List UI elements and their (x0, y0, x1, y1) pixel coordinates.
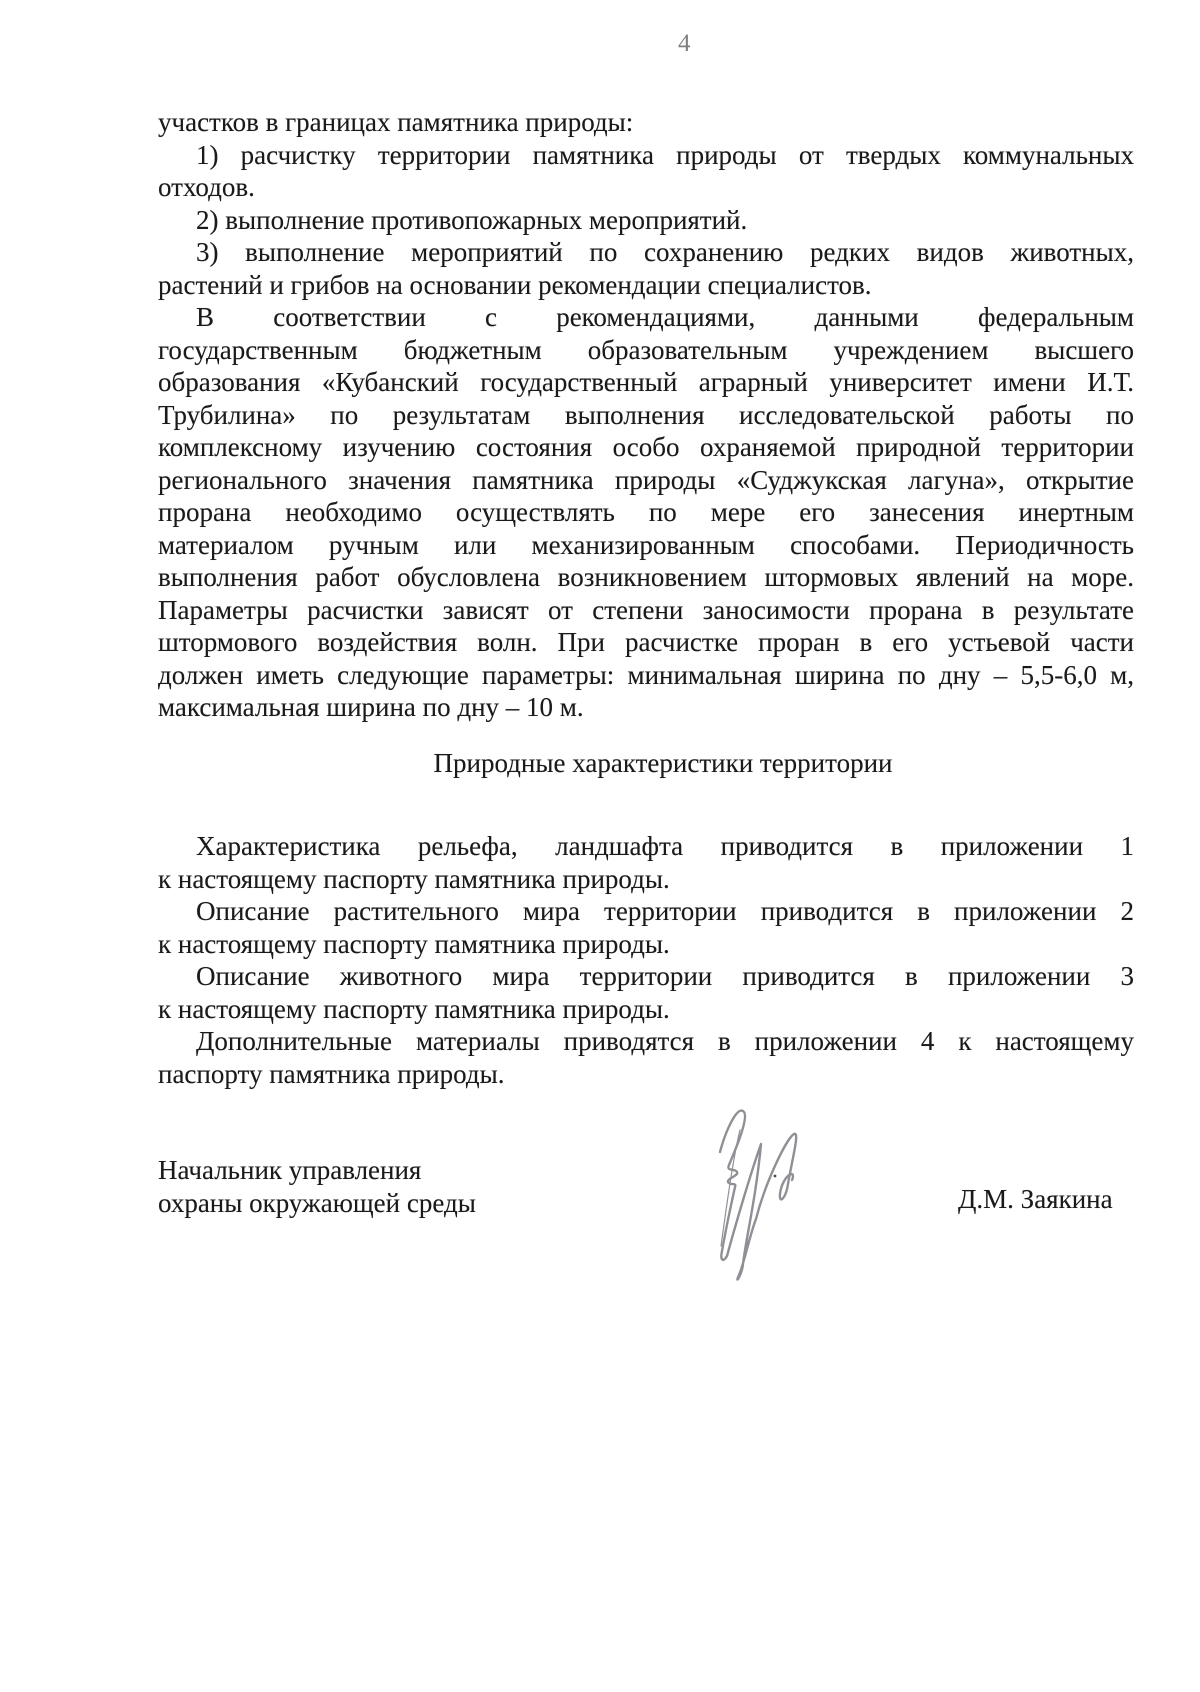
text-line: Описание животного мира территории приво… (158, 960, 1134, 993)
text-line: Описание растительного мира территории п… (158, 895, 1134, 928)
text-line: В соответствии с рекомендациями, данными… (158, 301, 1134, 334)
document-body: участков в границах памятника природы:1)… (158, 106, 1134, 1090)
section-heading: Природные характеристики территории (192, 747, 1134, 780)
text-line: должен иметь следующие параметры: минима… (158, 659, 1134, 692)
text-line: Дополнительные материалы приводятся в пр… (158, 1025, 1134, 1058)
text-line: максимальная ширина по дну – 10 м. (158, 691, 1134, 724)
text-line: 3) выполнение мероприятий по сохранению … (158, 236, 1134, 269)
paragraph: участков в границах памятника природы: (158, 106, 1134, 139)
paragraph: В соответствии с рекомендациями, данными… (158, 301, 1134, 724)
text-line: к настоящему паспорту памятника природы. (158, 863, 1134, 896)
paragraph: 1) расчистку территории памятника природ… (158, 139, 1134, 204)
text-line: 1) расчистку территории памятника природ… (158, 139, 1134, 172)
text-line: участков в границах памятника природы: (158, 106, 1134, 139)
text-line: комплексному изучению состояния особо ох… (158, 431, 1134, 464)
paragraph: 2) выполнение противопожарных мероприяти… (158, 204, 1134, 237)
text-line: штормового воздействия волн. При расчист… (158, 626, 1134, 659)
signatory-name: Д.М. Заякина (958, 1183, 1113, 1216)
text-line: паспорту памятника природы. (158, 1058, 1134, 1091)
scanned-document-page: 4 участков в границах памятника природы:… (0, 0, 1200, 1692)
text-line: регионального значения памятника природы… (158, 464, 1134, 497)
text-line: к настоящему паспорту памятника природы. (158, 993, 1134, 1026)
paragraph-block-appendices: Характеристика рельефа, ландшафта привод… (158, 830, 1134, 1090)
text-line: государственным бюджетным образовательны… (158, 334, 1134, 367)
signatory-title: Начальник управления охраны окружающей с… (158, 1154, 476, 1219)
page-number: 4 (678, 30, 691, 58)
text-line: выполнения работ обусловлена возникновен… (158, 561, 1134, 594)
text-line: Характеристика рельефа, ландшафта привод… (158, 830, 1134, 863)
text-line: прорана необходимо осуществлять по мере … (158, 496, 1134, 529)
text-line: к настоящему паспорту памятника природы. (158, 928, 1134, 961)
paragraph: Характеристика рельефа, ландшафта привод… (158, 830, 1134, 895)
text-line: 2) выполнение противопожарных мероприяти… (158, 204, 1134, 237)
handwritten-signature-scribble-icon (680, 1088, 840, 1288)
paragraph: Дополнительные материалы приводятся в пр… (158, 1025, 1134, 1090)
text-line: Трубилина» по результатам выполнения исс… (158, 399, 1134, 432)
signatory-title-line-2: охраны окружающей среды (158, 1187, 476, 1220)
text-line: Параметры расчистки зависят от степени з… (158, 594, 1134, 627)
text-line: образования «Кубанский государственный а… (158, 366, 1134, 399)
text-line: растений и грибов на основании рекоменда… (158, 269, 1134, 302)
paragraph: Описание растительного мира территории п… (158, 895, 1134, 960)
paragraph-block-top: участков в границах памятника природы:1)… (158, 106, 1134, 724)
paragraph: 3) выполнение мероприятий по сохранению … (158, 236, 1134, 301)
text-line: отходов. (158, 171, 1134, 204)
signatory-title-line-1: Начальник управления (158, 1154, 476, 1187)
text-line: материалом ручным или механизированным с… (158, 529, 1134, 562)
paragraph: Описание животного мира территории приво… (158, 960, 1134, 1025)
